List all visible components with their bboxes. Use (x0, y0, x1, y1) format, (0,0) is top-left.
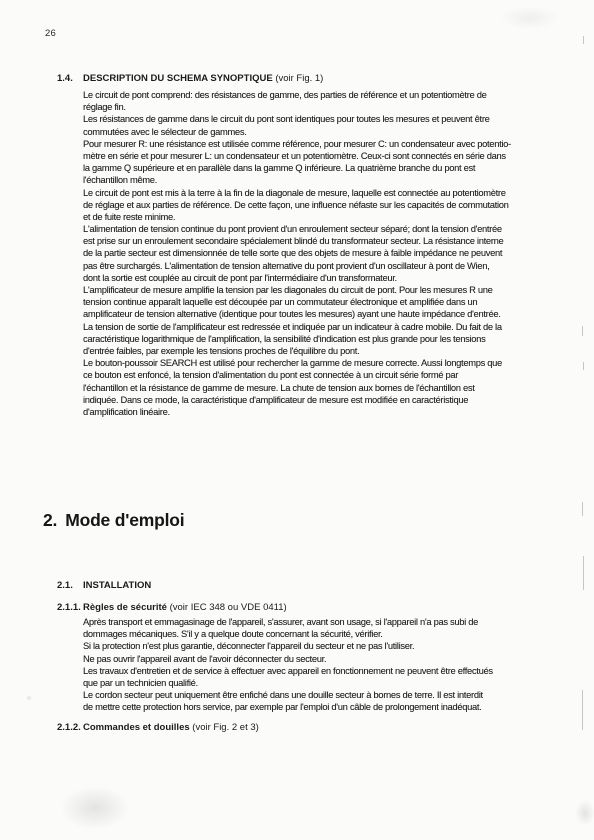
text-line: caractéristique logarithmique de l'ampli… (83, 333, 511, 345)
scan-artifact (60, 786, 130, 830)
scan-artifact (582, 502, 583, 516)
text-line: dont la sortie est couplée au circuit de… (83, 272, 511, 284)
text-line: commutées avec le sélecteur de gammes. (83, 126, 511, 138)
scan-artifact (583, 556, 584, 590)
text-line: indiquée. Dans ce mode, la caractéristiq… (83, 394, 511, 406)
section-title: INSTALLATION (83, 580, 151, 591)
text-line: d'amplification linéaire. (83, 406, 511, 418)
document-page: 26 1.4.DESCRIPTION DU SCHEMA SYNOPTIQUE … (0, 0, 594, 840)
text-line: Si la protection n'est plus garantie, dé… (83, 640, 493, 652)
text-line: est prise sur un enroulement secondaire … (83, 235, 511, 247)
section-title: Commandes et douilles (83, 722, 190, 733)
text-line: Les travaux d'entretien et de service à … (83, 665, 493, 677)
text-line: la gamme Q supérieure et en parallèle da… (83, 162, 511, 174)
section-title: DESCRIPTION DU SCHEMA SYNOPTIQUE (83, 73, 273, 84)
section-number: 2.1. (57, 580, 83, 591)
text-line: ce bouton est enfoncé, la tension d'alim… (83, 369, 511, 381)
text-line: que par un technicien qualifié. (83, 677, 493, 689)
section-heading-1-4: 1.4.DESCRIPTION DU SCHEMA SYNOPTIQUE (vo… (57, 73, 323, 84)
section-number: 1.4. (57, 73, 83, 84)
text-line: Les résistances de gamme dans le circuit… (83, 113, 511, 125)
chapter-title-text: Mode d'emploi (65, 510, 184, 530)
text-line: de réglage et aux parties de référence. … (83, 199, 511, 211)
text-line: Le circuit de pont comprend: des résista… (83, 89, 511, 101)
text-line: Ne pas ouvrir l'appareil avant de l'avoi… (83, 653, 493, 665)
text-line: pas être surchargés. L'alimentation de t… (83, 260, 511, 272)
text-line: Après transport et emmagasinage de l'app… (83, 616, 493, 628)
section-1-4-text: Le circuit de pont comprend: des résista… (83, 89, 511, 418)
scan-artifact (583, 362, 584, 370)
scan-artifact (26, 695, 32, 701)
text-line: mètre en série et pour mesurer L: un con… (83, 150, 511, 162)
text-line: Pour mesurer R: une résistance est utili… (83, 138, 511, 150)
section-title-suffix: (voir Fig. 1) (275, 73, 323, 84)
text-line: La tension de sortie de l'amplificateur … (83, 321, 511, 333)
section-heading-2-1-2: 2.1.2.Commandes et douilles (voir Fig. 2… (57, 722, 259, 733)
chapter-2-title: 2.Mode d'emploi (43, 510, 184, 531)
text-line: l'échantillon et la résistance de gamme … (83, 382, 511, 394)
text-line: de mettre cette protection hors service,… (83, 701, 493, 713)
text-line: L'alimentation de tension continue du po… (83, 223, 511, 235)
text-line: l'échantillon même. (83, 174, 511, 186)
scan-artifact (582, 326, 583, 336)
scan-artifact (583, 36, 584, 44)
text-line: L'amplificateur de mesure amplifie la te… (83, 284, 511, 296)
section-title-suffix: (voir IEC 348 ou VDE 0411) (170, 602, 287, 613)
scan-artifact (575, 800, 594, 826)
section-number: 2.1.2. (57, 722, 83, 733)
section-title: Règles de sécurité (83, 602, 167, 613)
text-line: Le circuit de pont est mis à la terre à … (83, 187, 511, 199)
text-line: Le cordon secteur peut uniquement être e… (83, 689, 493, 701)
text-line: tension continue apparaît laquelle est d… (83, 296, 511, 308)
section-heading-2-1: 2.1.INSTALLATION (57, 580, 151, 591)
section-title-suffix: (voir Fig. 2 et 3) (192, 722, 259, 733)
text-line: de la partie secteur est dimensionnée de… (83, 247, 511, 259)
text-line: amplificateur de tension alternative (id… (83, 308, 511, 320)
scan-artifact (500, 6, 560, 30)
section-heading-2-1-1: 2.1.1.Règles de sécurité (voir IEC 348 o… (57, 602, 287, 613)
text-line: dommages mécaniques. S'il y a quelque do… (83, 628, 493, 640)
section-2-1-1-text: Après transport et emmagasinage de l'app… (83, 616, 493, 714)
text-line: et de fuite reste minime. (83, 211, 511, 223)
chapter-number: 2. (43, 510, 57, 530)
text-line: Le bouton-poussoir SEARCH est utilisé po… (83, 357, 511, 369)
scan-artifact (582, 690, 583, 730)
section-number: 2.1.1. (57, 602, 83, 613)
page-number: 26 (45, 28, 56, 39)
text-line: réglage fin. (83, 101, 511, 113)
text-line: d'entrée faibles, par exemple les tensio… (83, 345, 511, 357)
